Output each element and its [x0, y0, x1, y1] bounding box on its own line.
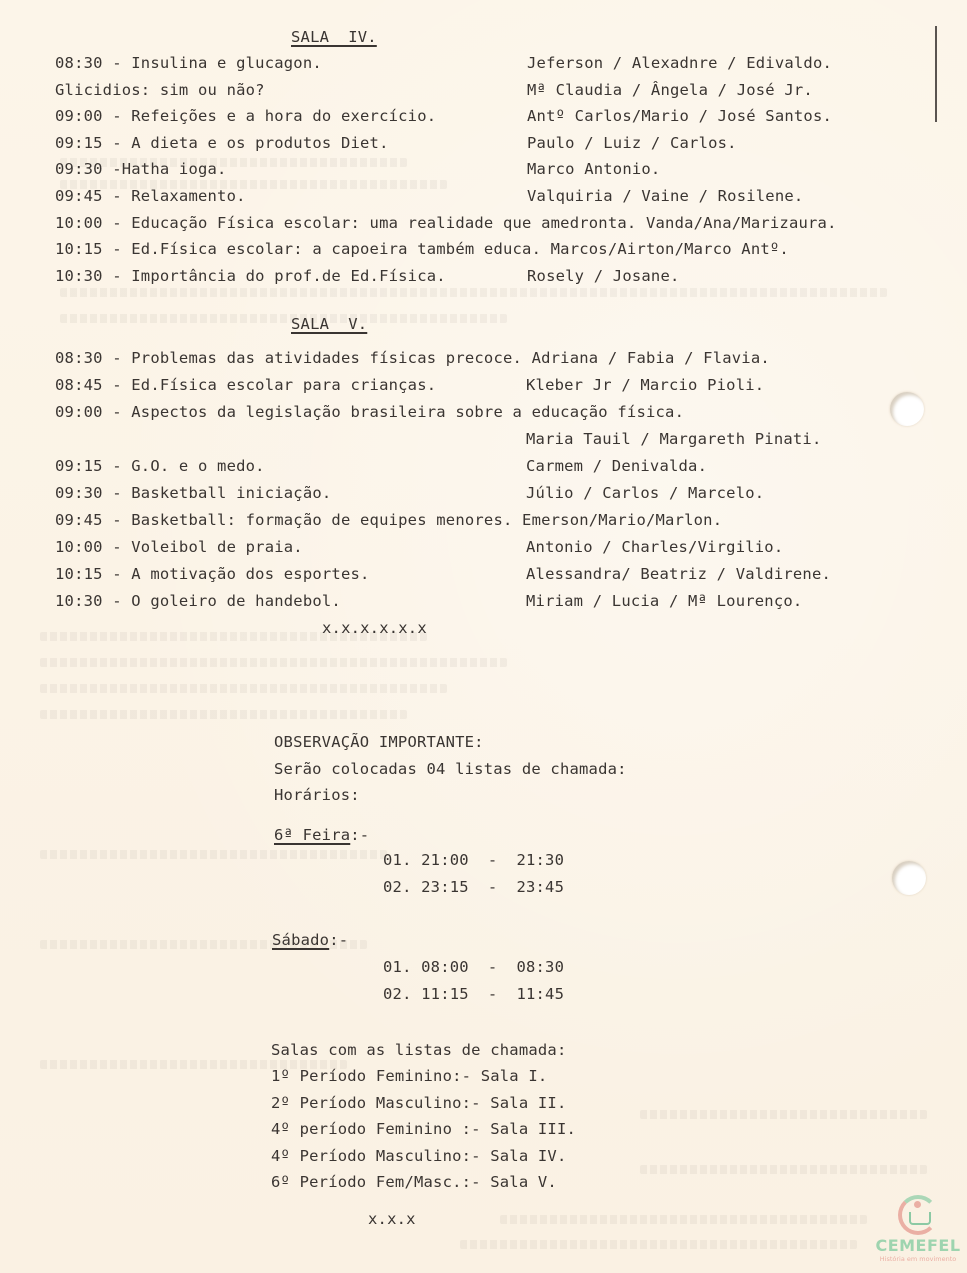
day-name: Sábado — [272, 931, 329, 949]
schedule-time-topic: Glicidios: sim ou não? — [55, 80, 265, 100]
schedule-speakers: Marco Antonio. — [527, 159, 660, 179]
schedule-row: 09:00 - Aspectos da legislação brasileir… — [55, 402, 684, 422]
bleed-through-text — [60, 314, 507, 323]
schedule-speakers: Valquiria / Vaine / Rosilene. — [527, 186, 803, 206]
schedule-time-topic: 10:15 - A motivação dos esportes. — [55, 564, 370, 584]
schedule-row: 08:30 - Problemas das atividades físicas… — [55, 348, 770, 368]
time-slot: 01. 21:00 - 21:30 — [383, 850, 564, 870]
schedule-speakers: Antonio / Charles/Virgilio. — [526, 537, 783, 557]
bleed-through-text — [640, 1165, 927, 1174]
schedule-time-topic: 10:30 - Importância do prof.de Ed.Física… — [55, 266, 446, 286]
sala-assignment: 2º Período Masculino:- Sala II. — [271, 1093, 567, 1113]
sala-assignment: 1º Período Feminino:- Sala I. — [271, 1066, 547, 1086]
time-slot: 02. 23:15 - 23:45 — [383, 877, 564, 897]
section-heading-sala-v: SALA V. — [291, 314, 367, 334]
schedule-time-topic: 08:45 - Ed.Física escolar para crianças. — [55, 375, 436, 395]
schedule-time-topic: 09:15 - G.O. e o medo. — [55, 456, 265, 476]
bleed-through-text — [500, 1215, 867, 1224]
schedule-speakers: Paulo / Luiz / Carlos. — [527, 133, 737, 153]
bleed-through-text — [40, 710, 407, 719]
schedule-row: 10:00 - Educação Física escolar: uma rea… — [55, 213, 837, 233]
bleed-through-text — [460, 1240, 857, 1249]
schedule-time-topic: 09:30 -Hatha ioga. — [55, 159, 227, 179]
logo-name: CEMEFEL — [872, 1237, 964, 1255]
day-name: 6ª Feira — [274, 826, 350, 844]
schedule-time-topic: 10:00 - Voleibol de praia. — [55, 537, 303, 557]
sala-assignment: 6º Período Fem/Masc.:- Sala V. — [271, 1172, 557, 1192]
bleed-through-text — [40, 684, 447, 693]
book-emblem-icon — [898, 1195, 938, 1235]
day-suffix: :- — [329, 931, 348, 949]
schedule-speakers: Maria Tauil / Margareth Pinati. — [526, 429, 822, 449]
schedule-speakers: Jeferson / Alexadnre / Edivaldo. — [527, 53, 832, 73]
sala-assignment: 4º período Feminino :- Sala III. — [271, 1119, 576, 1139]
schedule-speakers: Júlio / Carlos / Marcelo. — [526, 483, 764, 503]
end-mark: x.x.x — [368, 1209, 416, 1229]
scanned-document-page: SALA IV. 08:30 - Insulina e glucagon.Jef… — [0, 0, 967, 1273]
schedule-time-topic: 09:15 - A dieta e os produtos Diet. — [55, 133, 389, 153]
day-label-saturday: Sábado:- — [272, 930, 348, 950]
time-slot: 01. 08:00 - 08:30 — [383, 957, 564, 977]
punch-hole — [890, 392, 924, 426]
logo-tagline: História em movimento — [872, 1255, 964, 1263]
day-label-friday: 6ª Feira:- — [274, 825, 369, 845]
schedule-speakers: Kleber Jr / Marcio Pioli. — [526, 375, 764, 395]
sala-assignment: 4º Período Masculino:- Sala IV. — [271, 1146, 567, 1166]
bleed-through-text — [640, 1110, 927, 1119]
bleed-through-text — [40, 850, 387, 859]
schedule-time-topic: 08:30 - Insulina e glucagon. — [55, 53, 322, 73]
schedule-time-topic: 10:30 - O goleiro de handebol. — [55, 591, 341, 611]
bleed-through-text — [40, 658, 507, 667]
schedule-time-topic: 09:45 - Relaxamento. — [55, 186, 246, 206]
punch-hole — [892, 861, 926, 895]
day-suffix: :- — [350, 826, 369, 844]
schedule-row: 10:15 - Ed.Física escolar: a capoeira ta… — [55, 239, 789, 259]
observation-intro: Serão colocadas 04 listas de chamada: — [274, 759, 627, 779]
schedule-time-topic: 09:00 - Refeições e a hora do exercício. — [55, 106, 436, 126]
bleed-through-text — [60, 288, 887, 297]
schedule-speakers: Miriam / Lucia / Mª Lourenço. — [526, 591, 802, 611]
time-slot: 02. 11:15 - 11:45 — [383, 984, 564, 1004]
section-separator: x.x.x.x.x.x — [322, 618, 427, 638]
section-heading-sala-iv: SALA IV. — [291, 27, 377, 47]
cemefel-logo: CEMEFEL História em movimento — [872, 1195, 964, 1271]
schedule-speakers: Carmem / Denivalda. — [526, 456, 707, 476]
schedule-speakers: Rosely / Josane. — [527, 266, 680, 286]
margin-rule — [935, 26, 937, 122]
schedule-speakers: Mª Claudia / Ângela / José Jr. — [527, 80, 813, 100]
salas-title: Salas com as listas de chamada: — [271, 1040, 567, 1060]
schedule-row: 09:45 - Basketball: formação de equipes … — [55, 510, 722, 530]
horarios-label: Horários: — [274, 785, 360, 805]
schedule-speakers: Antº Carlos/Mario / José Santos. — [527, 106, 832, 126]
schedule-time-topic: 09:30 - Basketball iniciação. — [55, 483, 331, 503]
schedule-speakers: Alessandra/ Beatriz / Valdirene. — [526, 564, 831, 584]
observation-title: OBSERVAÇÃO IMPORTANTE: — [274, 732, 484, 752]
